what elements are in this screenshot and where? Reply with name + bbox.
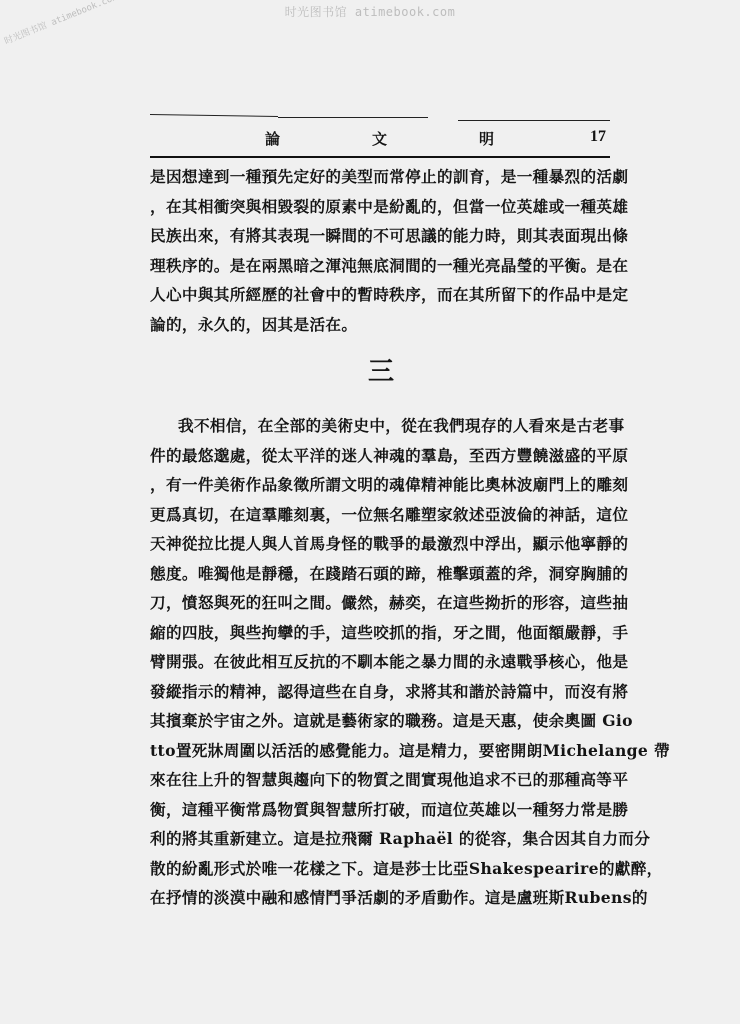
running-head-char: 文 bbox=[372, 128, 387, 149]
text-line: 我不相信，在全部的美術史中，從在我們現存的人看來是古老事 bbox=[150, 411, 612, 441]
text-line: 衡，這種平衡常爲物質與智慧所打破，而這位英雄以一種努力常是勝 bbox=[150, 795, 612, 825]
watermark-header: 时光图书馆 atimebook.com bbox=[0, 3, 740, 20]
text-line: 天神從拉比提人與人首馬身怪的戰爭的最激烈中浮出，顯示他寧靜的 bbox=[150, 529, 612, 559]
text-line: 利的將其重新建立。這是拉飛爾 Raphaël 的從容，集合因其自力而分 bbox=[150, 824, 612, 854]
text-line: 是因想達到一種預先定好的美型而常停止的訓育，是一種暴烈的活劇 bbox=[150, 162, 612, 192]
page-number: 17 bbox=[590, 128, 606, 146]
text-line: 縮的四肢，與些拘攣的手，這些咬抓的指，牙之間，他面額嚴靜，手 bbox=[150, 618, 612, 648]
text-line: 散的紛亂形式於唯一花樣之下。這是莎士比亞Shakespearire的獻醉， bbox=[150, 854, 612, 884]
text-line: 理秩序的。是在兩黑暗之渾沌無底洞間的一種光亮晶瑩的平衡。是在 bbox=[150, 251, 612, 281]
text-line: ，有一件美術作品象徵所謂文明的魂偉精神能比奧林波廟門上的雕刻 bbox=[150, 470, 612, 500]
section-heading: 三 bbox=[150, 339, 612, 411]
running-head-char: 明 bbox=[479, 128, 494, 149]
text-line: 來在往上升的智慧與趨向下的物質之間實現他追求不已的那種高等平 bbox=[150, 765, 612, 795]
text-line: 臂開張。在彼此相互反抗的不馴本能之暴力間的永遠戰爭核心，他是 bbox=[150, 647, 612, 677]
text-line: 在抒情的淡漠中融和感情鬥爭活劇的矛盾動作。這是盧班斯Rubens的 bbox=[150, 883, 612, 913]
paragraph-continued: 是因想達到一種預先定好的美型而常停止的訓育，是一種暴烈的活劇 ，在其相衝突與相毀… bbox=[150, 162, 612, 339]
paragraph-section-3: 我不相信，在全部的美術史中，從在我們現存的人看來是古老事 件的最悠邈處，從太平洋… bbox=[150, 411, 612, 913]
top-rule-segment bbox=[458, 120, 610, 121]
text-line: ，在其相衝突與相毀裂的原素中是紛亂的，但當一位英雄或一種英雄 bbox=[150, 192, 612, 222]
text-line: 人心中與其所經歷的社會中的暫時秩序，而在其所留下的作品中是定 bbox=[150, 280, 612, 310]
text-line: 其擯棄於宇宙之外。這就是藝術家的職務。這是天惠，使余奧圖 Gio bbox=[150, 706, 612, 736]
text-line: 刀，憤怒與死的狂叫之間。儼然，赫奕，在這些拗折的形容，這些抽 bbox=[150, 588, 612, 618]
running-head: 論 文 明 17 bbox=[150, 128, 610, 154]
top-rule-segment bbox=[150, 114, 278, 117]
running-head-char: 論 bbox=[265, 128, 280, 149]
top-rule-segment bbox=[278, 117, 428, 118]
text-line: 民族出來，有將其表現一瞬間的不可思議的能力時，則其表面現出條 bbox=[150, 221, 612, 251]
text-line: tto置死牀周圍以活活的感覺能力。這是精力，要密開朗Michelange 帶 bbox=[150, 736, 612, 766]
text-line: 件的最悠邈處，從太平洋的迷人神魂的羣島，至西方豐饒滋盛的平原 bbox=[150, 441, 612, 471]
header-bottom-rule bbox=[150, 156, 610, 158]
body-text: 是因想達到一種預先定好的美型而常停止的訓育，是一種暴烈的活劇 ，在其相衝突與相毀… bbox=[150, 162, 612, 913]
text-line: 論的，永久的，因其是活在。 bbox=[150, 310, 612, 340]
text-line: 發縱指示的精神，認得這些在自身，求將其和諧於詩篇中，而沒有將 bbox=[150, 677, 612, 707]
text-line: 態度。唯獨他是靜穩，在踐踏石頭的蹄，椎擊頭蓋的斧，洞穿胸脯的 bbox=[150, 559, 612, 589]
text-line: 更爲真切，在這羣雕刻裏，一位無名雕塑家敘述亞波倫的神話，這位 bbox=[150, 500, 612, 530]
